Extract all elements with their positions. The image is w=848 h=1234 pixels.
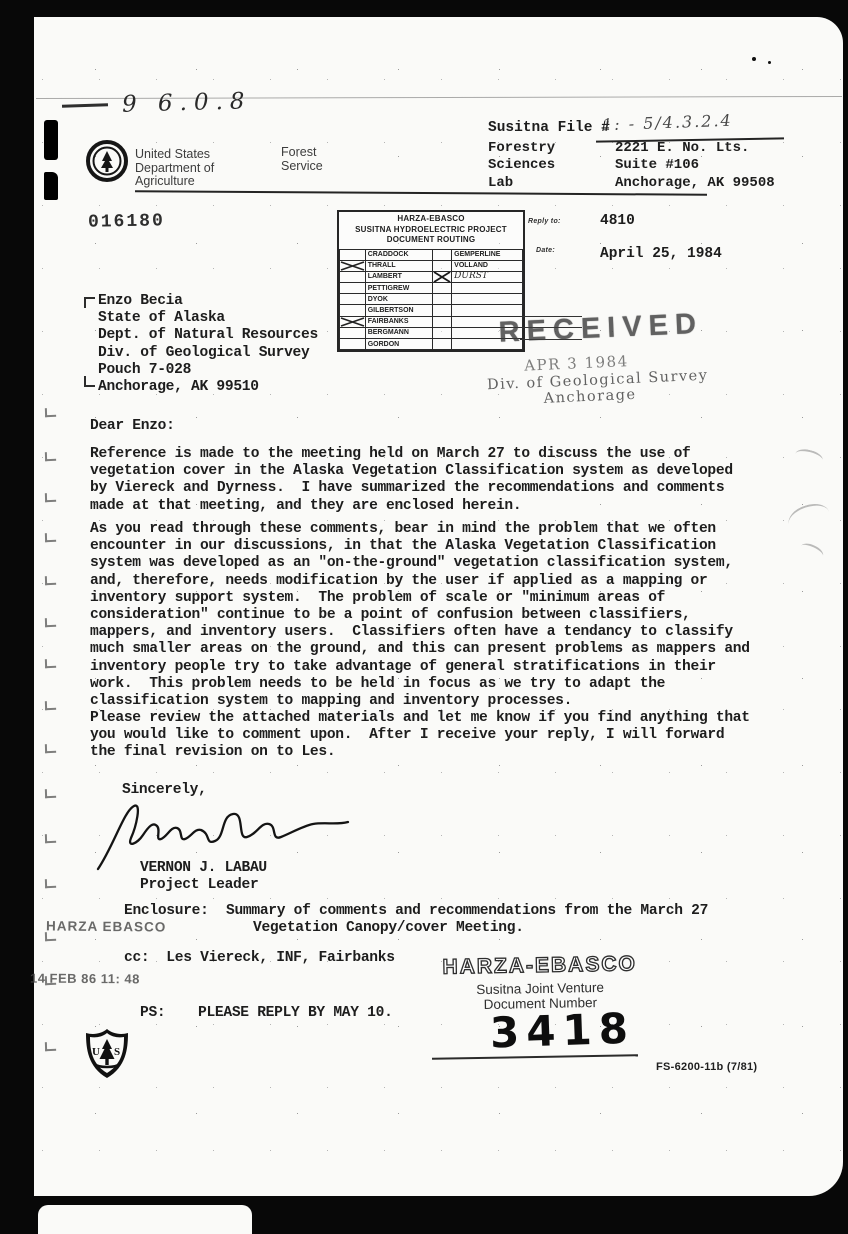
routing-row: CRADDOCK GEMPERLINE — [340, 249, 523, 260]
office-name: Forestry Sciences Lab — [488, 140, 555, 192]
margin-harza-stamp: HARZA EBASCO — [46, 918, 166, 934]
recipient-line: Dept. of Natural Resources — [98, 327, 318, 344]
routing-checkbox — [340, 283, 366, 294]
routing-name — [452, 305, 523, 316]
paragraph-2: As you read through these comments, bear… — [90, 521, 800, 710]
routing-checkbox — [340, 271, 366, 282]
routing-name — [452, 283, 523, 294]
enclosure-line1: Summary of comments and recommendations … — [226, 903, 708, 920]
routing-checkbox — [432, 305, 451, 316]
routing-title-line: DOCUMENT ROUTING — [339, 235, 523, 246]
agency-line: Service — [281, 160, 323, 174]
margin-datetime-stamp: 14 FEB 86 11: 48 — [30, 971, 140, 987]
signer-title: Project Leader — [140, 877, 258, 894]
routing-name: GORDON — [365, 339, 432, 350]
agency-line: Forest — [281, 146, 323, 160]
routing-row: PETTIGREW — [340, 283, 523, 294]
routing-name: BERGMANN — [365, 327, 432, 338]
routing-name: CRADDOCK — [365, 249, 432, 260]
recipient-line: State of Alaska — [98, 310, 318, 327]
routing-row: DYOK — [340, 294, 523, 305]
harza-title: HARZA-EBASCO — [433, 952, 647, 980]
forest-service-shield-icon: U S — [84, 1028, 130, 1080]
routing-checkbox — [432, 260, 451, 271]
reply-to-label: Reply to: — [528, 218, 561, 225]
routing-name: THRALL — [365, 260, 432, 271]
routing-checkbox — [432, 271, 451, 282]
margin-tick — [45, 744, 56, 753]
salutation: Dear Enzo: — [90, 418, 175, 435]
handwritten-top-note: 9 6.0.8 — [122, 88, 252, 117]
margin-tick — [45, 834, 56, 843]
margin-tick — [45, 701, 56, 710]
x-mark-icon — [340, 317, 365, 327]
margin-tick — [45, 1042, 56, 1051]
form-number: FS-6200-11b (7/81) — [656, 1061, 757, 1073]
routing-checkbox — [340, 260, 366, 271]
x-mark-icon — [340, 261, 365, 271]
usda-logo — [85, 139, 129, 183]
routing-checkbox — [432, 283, 451, 294]
routing-checkbox — [432, 327, 451, 338]
usda-line: Department of — [135, 162, 214, 176]
routing-name: DYOK — [365, 294, 432, 305]
enclosure-label: Enclosure: — [124, 903, 209, 920]
scan-speck — [752, 57, 756, 61]
agency-wordmark: Forest Service — [281, 146, 323, 173]
routing-name — [452, 294, 523, 305]
serial-number-stamp: 016180 — [88, 211, 165, 232]
routing-checkbox — [340, 316, 366, 327]
recipient-line: Div. of Geological Survey — [98, 345, 318, 362]
routing-name: VOLLAND — [452, 260, 523, 271]
routing-checkbox — [340, 339, 366, 350]
address-bracket-bottom — [84, 376, 95, 387]
routing-checkbox — [340, 249, 366, 260]
svg-text:U: U — [92, 1046, 100, 1058]
routing-title-line: HARZA-EBASCO — [339, 214, 523, 225]
usda-line: Agriculture — [135, 175, 214, 189]
paragraph-3: Please review the attached materials and… — [90, 710, 800, 762]
routing-name-handwritten: DURST — [452, 271, 523, 282]
usda-line: United States — [135, 148, 214, 162]
recipient-address: Enzo Becia State of Alaska Dept. of Natu… — [98, 293, 318, 396]
routing-name: GILBERTSON — [365, 305, 432, 316]
handwritten-durst: DURST — [454, 271, 488, 281]
margin-tick — [45, 618, 56, 627]
address-line: 2221 E. No. Lts. — [615, 140, 775, 157]
address-bracket-top — [84, 297, 95, 308]
routing-name: PETTIGREW — [365, 283, 432, 294]
routing-row: THRALL VOLLAND — [340, 260, 523, 271]
routing-name: GEMPERLINE — [452, 249, 523, 260]
received-stamp: RECEIVED APR 3 1984 Div. of Geological S… — [476, 306, 740, 409]
recipient-line: Anchorage, AK 99510 — [98, 379, 318, 396]
recipient-line: Enzo Becia — [98, 293, 318, 310]
routing-title: HARZA-EBASCO SUSITNA HYDROELECTRIC PROJE… — [339, 212, 523, 249]
office-address: 2221 E. No. Lts. Suite #106 Anchorage, A… — [615, 140, 775, 192]
recipient-line: Pouch 7-028 — [98, 362, 318, 379]
signer-name: VERNON J. LABAU — [140, 860, 267, 877]
date-value: April 25, 1984 — [600, 246, 722, 262]
routing-checkbox — [432, 294, 451, 305]
cc-line: cc: Les Viereck, INF, Fairbanks — [124, 950, 395, 967]
routing-checkbox — [340, 305, 366, 316]
address-line: Anchorage, AK 99508 — [615, 175, 775, 192]
margin-tick — [45, 659, 56, 668]
routing-checkbox — [432, 316, 451, 327]
routing-checkbox — [432, 339, 451, 350]
margin-tick — [45, 408, 56, 417]
reply-to-value: 4810 — [600, 213, 635, 229]
file-label: Susitna File # — [488, 120, 610, 136]
office-line: Forestry — [488, 140, 555, 157]
margin-tick — [45, 789, 56, 798]
address-line: Suite #106 — [615, 157, 775, 174]
margin-tick — [45, 452, 56, 461]
scan-artifact-blob — [44, 172, 58, 200]
margin-tick — [45, 576, 56, 585]
routing-title-line: SUSITNA HYDROELECTRIC PROJECT — [339, 225, 523, 236]
svg-text:S: S — [114, 1046, 120, 1058]
scanned-letter: 9 6.0.8 United States Department of Agri… — [0, 0, 848, 1234]
routing-name: LAMBERT — [365, 271, 432, 282]
routing-row: GILBERTSON — [340, 305, 523, 316]
handwritten-x-icon — [433, 272, 451, 282]
scan-artifact-blob — [44, 120, 58, 160]
routing-checkbox — [340, 294, 366, 305]
margin-tick — [45, 493, 56, 502]
routing-checkbox — [340, 327, 366, 338]
routing-name: FAIRBANKS — [365, 316, 432, 327]
handwritten-doc-number: 3418 — [489, 1003, 636, 1057]
ps-label: PS: — [140, 1005, 165, 1022]
routing-row: LAMBERT DURST — [340, 271, 523, 282]
routing-checkbox — [432, 249, 451, 260]
margin-tick — [45, 879, 56, 888]
ps-text: PLEASE REPLY BY MAY 10. — [198, 1005, 393, 1022]
paragraph-1: Reference is made to the meeting held on… — [90, 446, 800, 515]
office-line: Sciences — [488, 157, 555, 174]
margin-tick — [45, 533, 56, 542]
paper-bottom-tab — [38, 1205, 252, 1234]
usda-wordmark: United States Department of Agriculture — [135, 148, 214, 189]
date-label: Date: — [536, 247, 555, 254]
office-line: Lab — [488, 175, 555, 192]
scan-speck — [768, 61, 771, 64]
enclosure-line2: Vegetation Canopy/cover Meeting. — [253, 920, 524, 937]
